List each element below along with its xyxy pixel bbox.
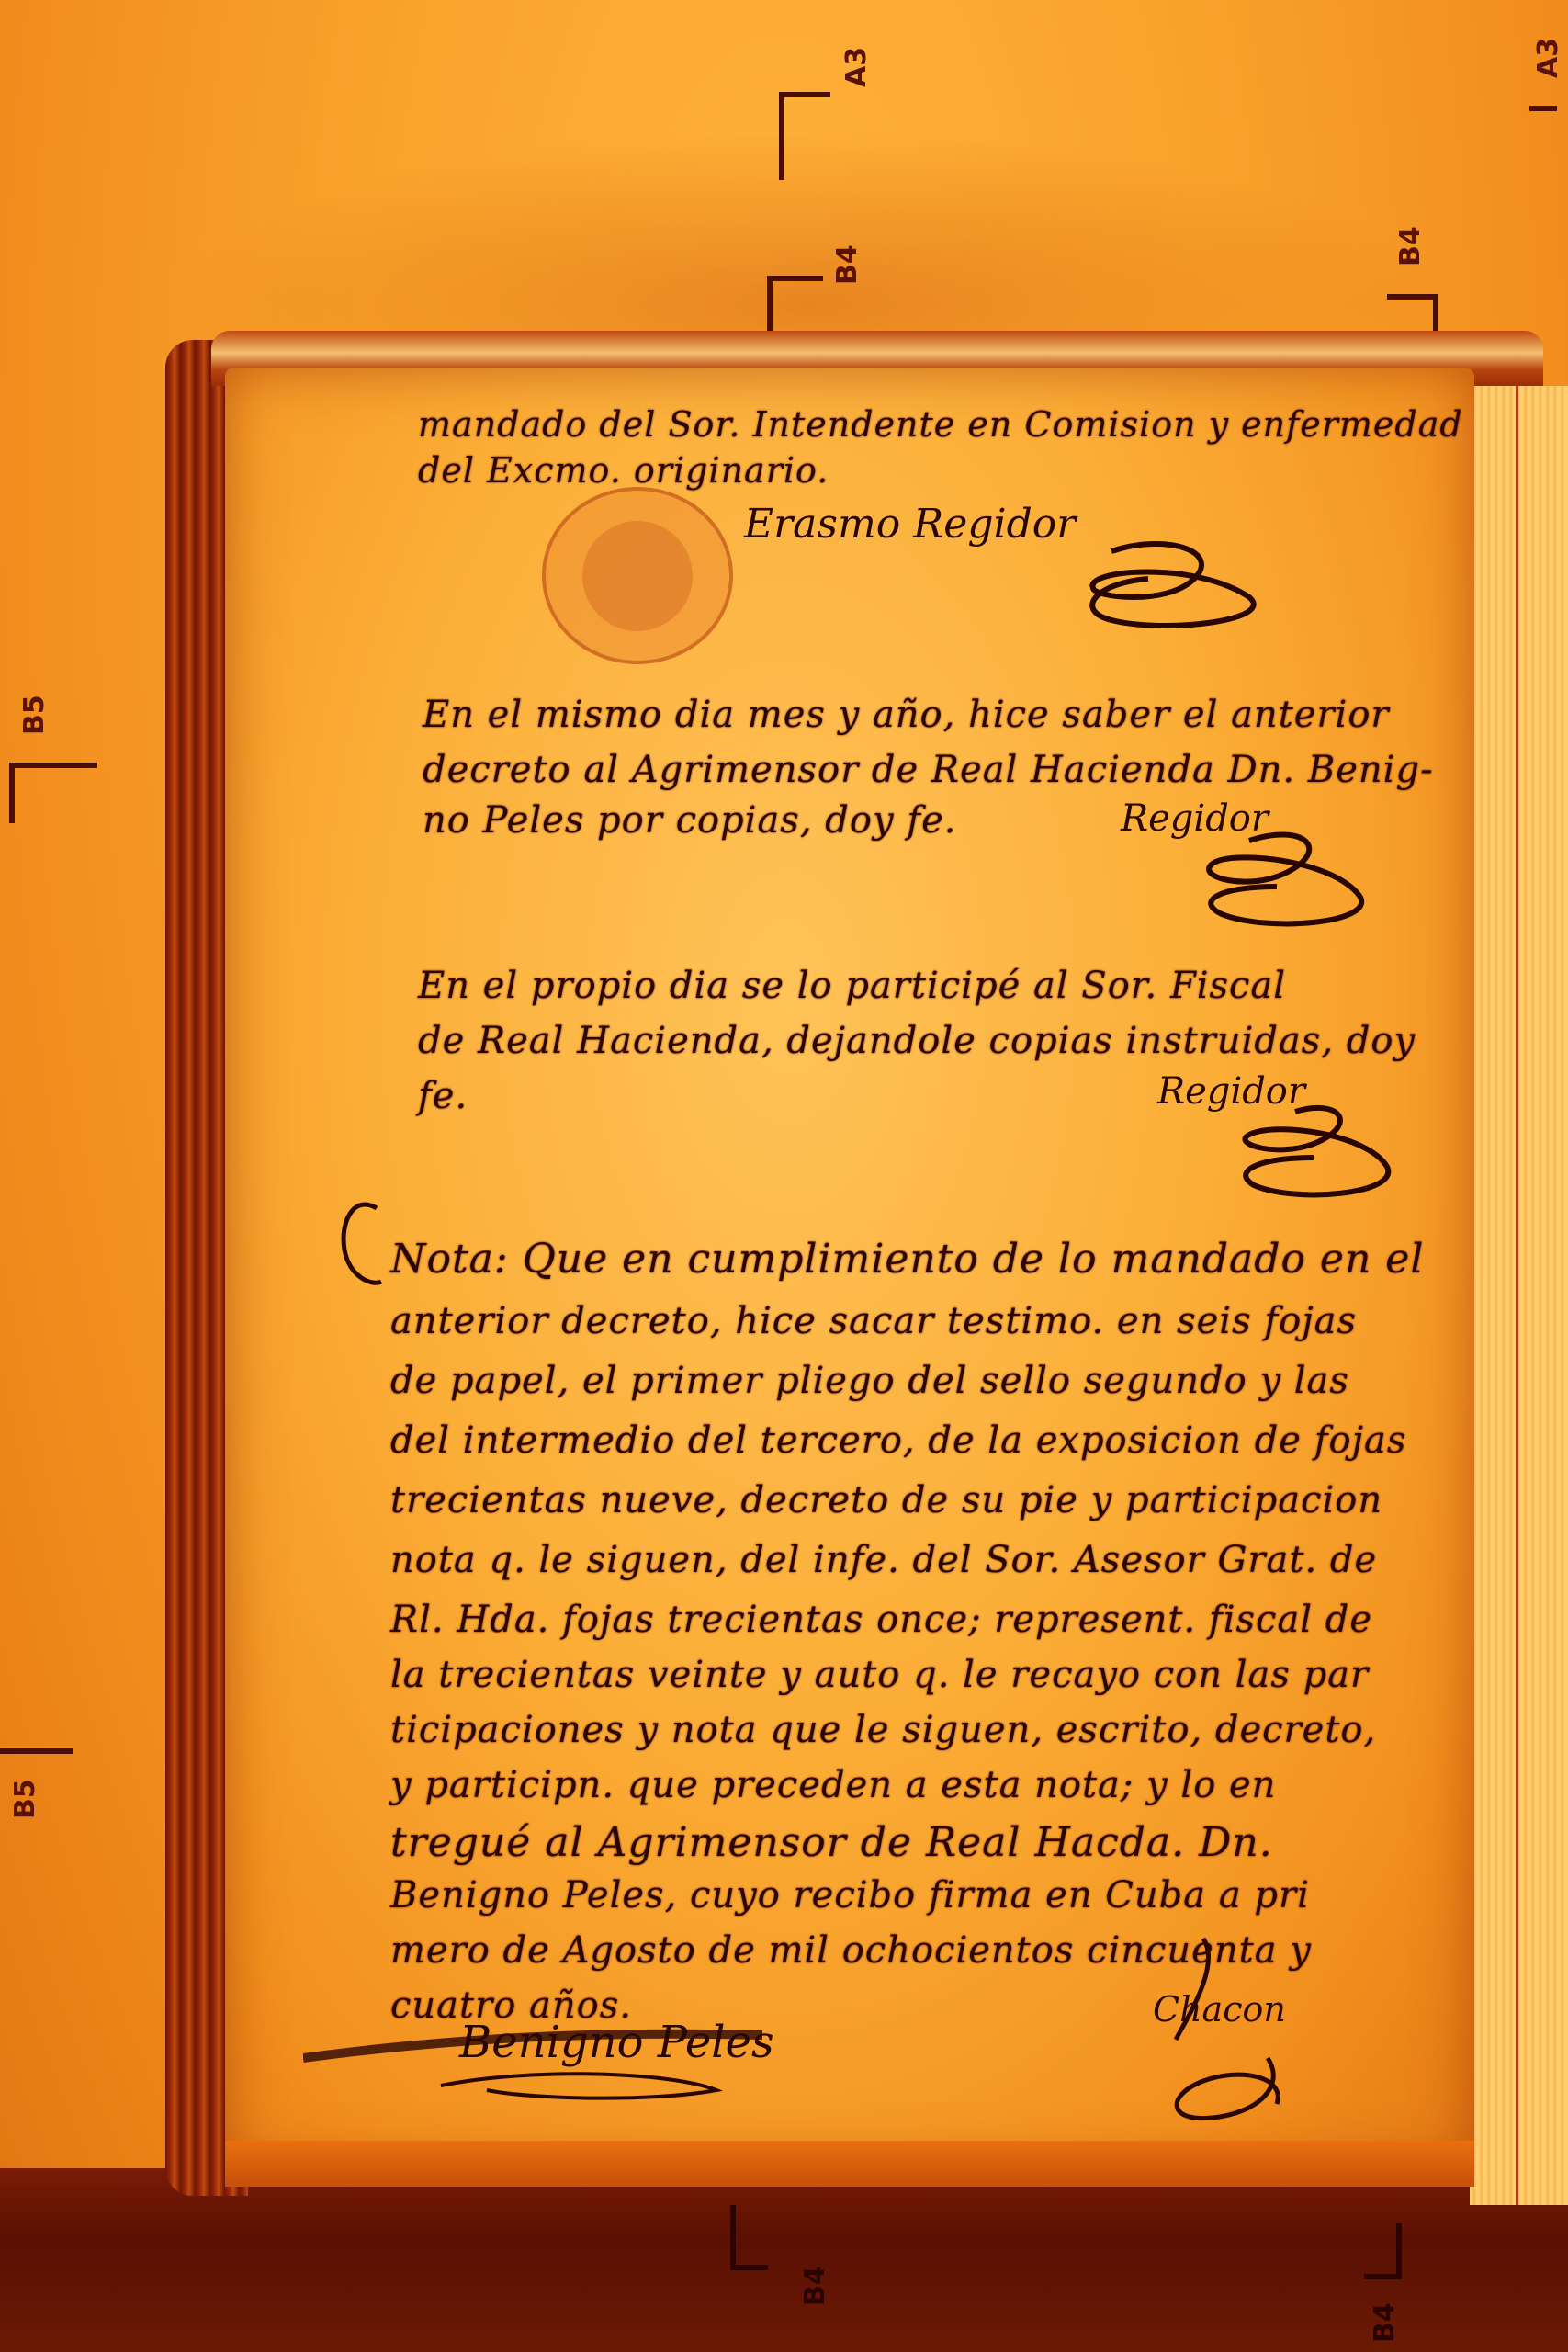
rubric-flourish-icon xyxy=(1213,1098,1415,1208)
crop-label-b4-left: B4 xyxy=(831,244,863,285)
nota-line-1: Nota: Que en cumplimiento de lo mandado … xyxy=(390,1236,1424,1283)
notification-1-line-2: decreto al Agrimensor de Real Hacienda D… xyxy=(423,749,1434,791)
seal-emblem-icon xyxy=(582,521,693,631)
notification-2-line-2: de Real Hacienda, dejandole copias instr… xyxy=(418,1020,1416,1062)
crop-mark-a3-right xyxy=(1529,106,1557,120)
crop-mark-a3-left xyxy=(779,92,830,180)
book-spine-right xyxy=(1470,386,1568,2205)
rubric-flourish-icon xyxy=(1056,533,1295,643)
header-line-2: del Excmo. originario. xyxy=(418,450,829,491)
nota-line-10: y participn. que preceden a esta nota; y… xyxy=(390,1764,1276,1806)
nota-line-2: anterior decreto, hice sacar testimo. en… xyxy=(390,1300,1357,1342)
nota-line-8: la trecientas veinte y auto q. le recayo… xyxy=(390,1654,1369,1696)
nota-line-3: de papel, el primer pliego del sello seg… xyxy=(390,1360,1349,1402)
crop-mark-b4-bottom-left xyxy=(730,2205,768,2270)
nota-line-11: tregué al Agrimensor de Real Hacda. Dn. xyxy=(390,1819,1273,1866)
notification-2-line-1: En el propio dia se lo participé al Sor.… xyxy=(418,965,1286,1007)
page-bottom-edge xyxy=(225,2141,1474,2187)
crop-label-b5-top: B5 xyxy=(18,695,51,735)
crop-label-a3-right: A3 xyxy=(1532,38,1564,78)
rubric-flourish-icon xyxy=(1176,822,1387,942)
crop-label-b4-bottom-left: B4 xyxy=(799,2266,831,2306)
signature-label-regidor-1: Erasmo Regidor xyxy=(744,501,1076,548)
crop-mark-b4-bottom-right xyxy=(1364,2223,1402,2279)
bottom-shadow xyxy=(0,2168,1568,2352)
crop-mark-b5-top xyxy=(9,763,97,823)
crop-label-b4-right: B4 xyxy=(1394,226,1427,266)
nota-line-5: trecientas nueve, decreto de su pie y pa… xyxy=(390,1479,1382,1521)
nota-line-9: ticipaciones y nota que le siguen, escri… xyxy=(390,1709,1376,1751)
crop-label-b4-bottom-right: B4 xyxy=(1369,2302,1401,2343)
signature-underline-flourish-icon xyxy=(303,1994,946,2104)
crop-mark-b5-bottom xyxy=(0,1748,73,1759)
nota-line-12: Benigno Peles, cuyo recibo firma en Cuba… xyxy=(390,1874,1310,1917)
notification-1-line-1: En el mismo dia mes y año, hice saber el… xyxy=(423,694,1390,736)
notification-2-line-3: fe. xyxy=(418,1075,468,1117)
header-line-1: mandado del Sor. Intendente en Comision … xyxy=(418,404,1463,445)
nota-line-6: nota q. le siguen, del infe. del Sor. As… xyxy=(390,1539,1377,1581)
nota-line-4: del intermedio del tercero, de la exposi… xyxy=(390,1419,1406,1462)
nota-line-7: Rl. Hda. fojas trecientas once; represen… xyxy=(390,1599,1372,1641)
decorative-initial-c-icon xyxy=(335,1194,390,1295)
rubric-flourish-icon xyxy=(1148,1929,1332,2131)
crop-label-b5-bottom: B5 xyxy=(9,1779,41,1819)
notification-1-line-3: no Peles por copias, doy fe. xyxy=(423,799,956,842)
official-seal xyxy=(542,487,733,664)
crop-label-a3-left: A3 xyxy=(840,47,873,87)
